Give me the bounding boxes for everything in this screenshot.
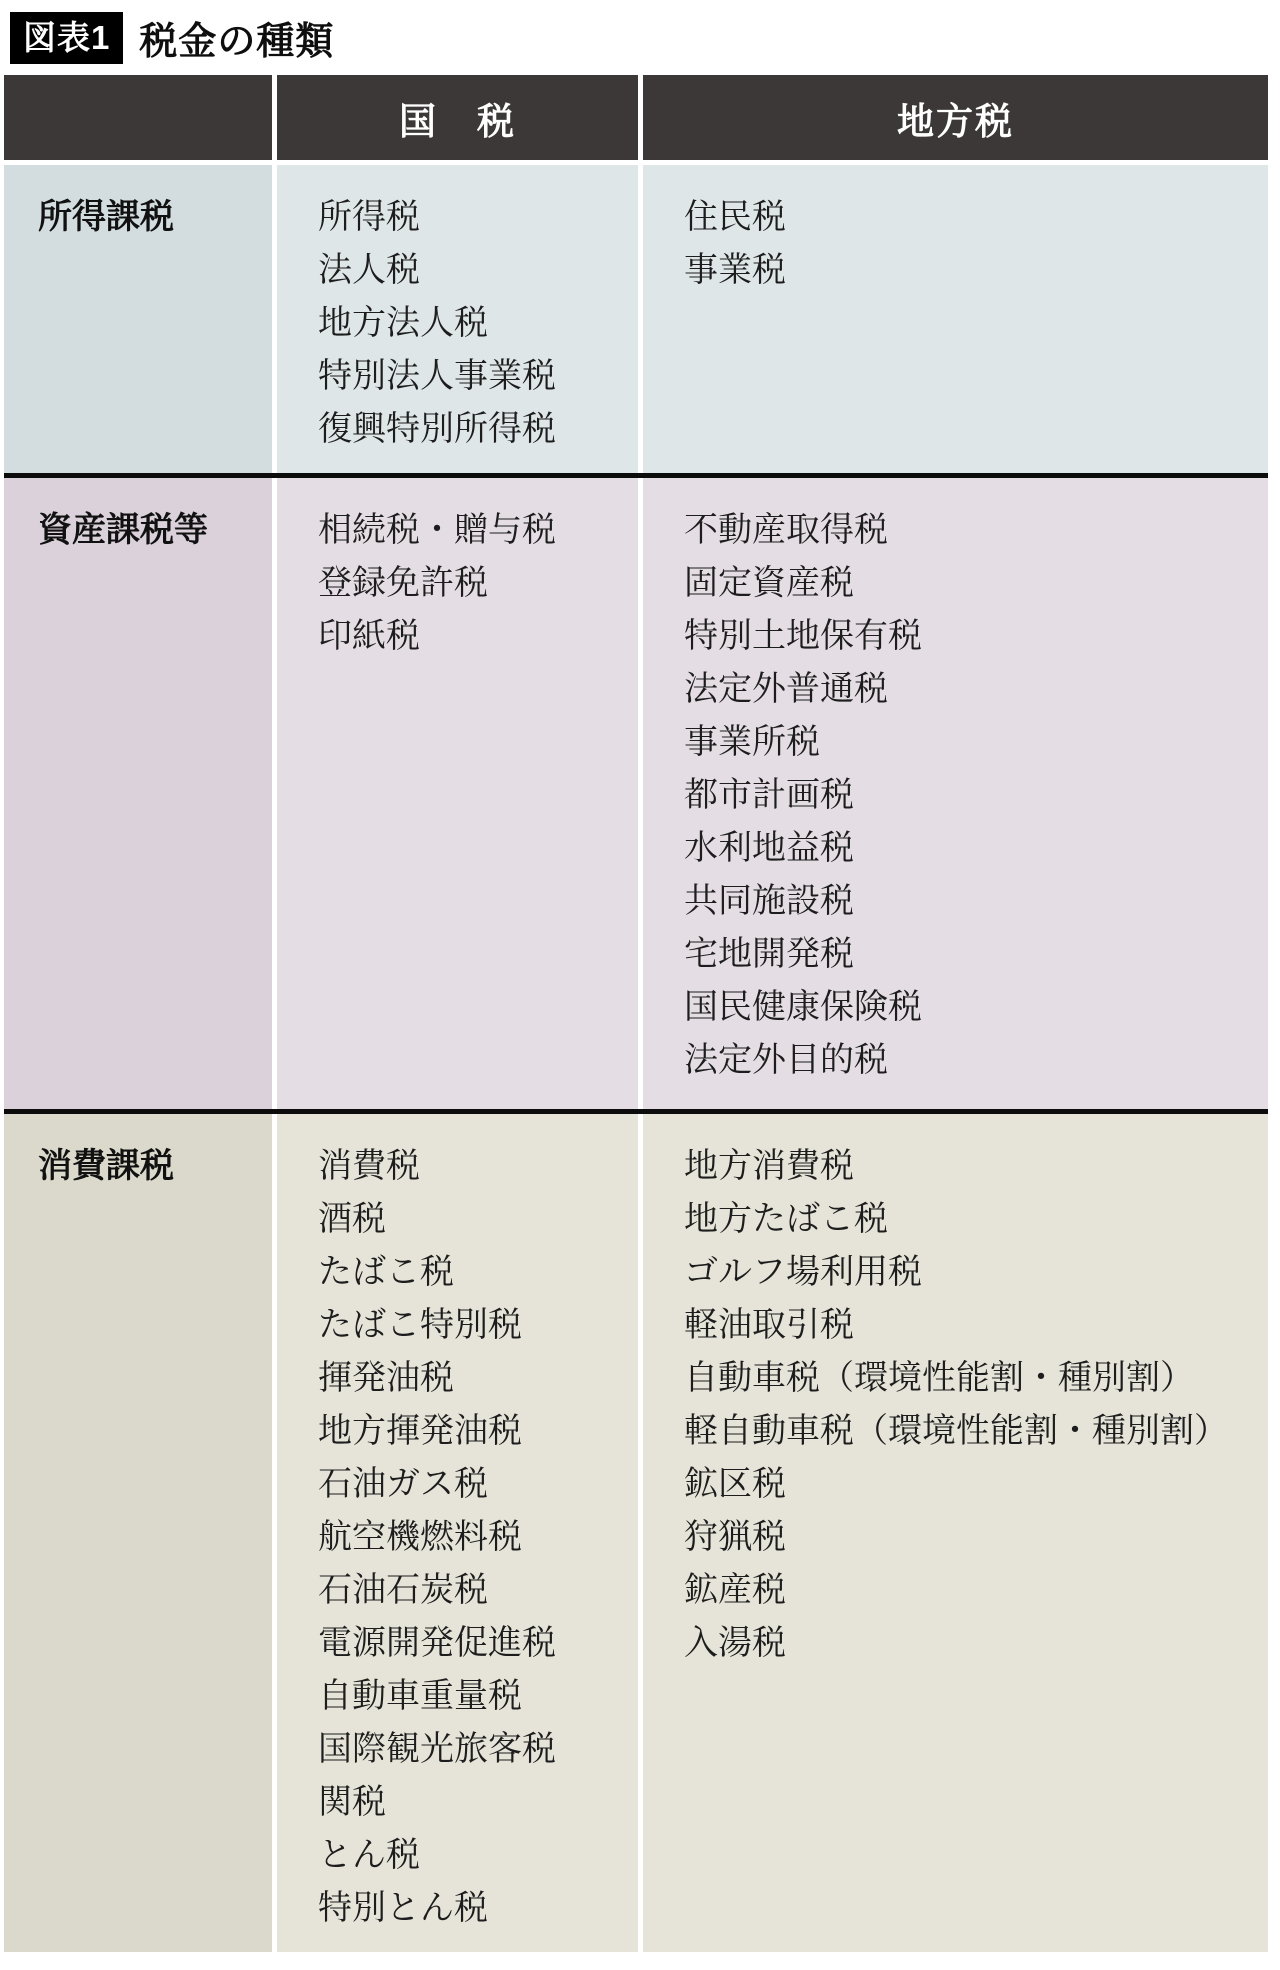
header-cell-local: 地方税: [643, 75, 1268, 160]
tax-item: 特別土地保有税: [684, 610, 1268, 663]
local-tax-list-asset: 不動産取得税固定資産税特別土地保有税法定外普通税事業所税都市計画税水利地益税共同…: [643, 478, 1268, 1109]
figure-title: 税金の種類: [139, 10, 334, 65]
tax-item: 法定外普通税: [684, 663, 1268, 716]
tax-item: 事業所税: [684, 716, 1268, 769]
tax-item: 住民税: [684, 191, 1268, 244]
tax-item: 入湯税: [684, 1617, 1268, 1670]
tax-item: 所得税: [318, 191, 638, 244]
tax-item: とん税: [318, 1829, 638, 1882]
tax-item: たばこ特別税: [318, 1299, 638, 1352]
tax-item: 酒税: [318, 1193, 638, 1246]
table-header-row: 国 税 地方税: [4, 75, 1268, 160]
tax-item: 共同施設税: [684, 875, 1268, 928]
tax-item: 自動車税（環境性能割・種別割）: [684, 1352, 1268, 1405]
tax-item: 法定外目的税: [684, 1034, 1268, 1087]
tax-item: 揮発油税: [318, 1352, 638, 1405]
tax-item: 鉱区税: [684, 1458, 1268, 1511]
tax-item: 自動車重量税: [318, 1670, 638, 1723]
tax-item: 登録免許税: [318, 557, 638, 610]
tax-item: 消費税: [318, 1140, 638, 1193]
tax-item: 相続税・贈与税: [318, 504, 638, 557]
tax-item: 石油石炭税: [318, 1564, 638, 1617]
national-tax-list-asset: 相続税・贈与税登録免許税印紙税: [277, 478, 638, 1109]
tax-item: 関税: [318, 1776, 638, 1829]
row-income-taxation: 所得課税 所得税法人税地方法人税特別法人事業税復興特別所得税 住民税事業税: [4, 165, 1268, 473]
figure-page: 図表1 税金の種類 国 税 地方税 所得課税 所得税法人税地方法人税特別法人事業…: [0, 0, 1280, 1970]
tax-item: 地方たばこ税: [684, 1193, 1268, 1246]
tax-item: 石油ガス税: [318, 1458, 638, 1511]
tax-item: 復興特別所得税: [318, 403, 638, 456]
tax-item: 不動産取得税: [684, 504, 1268, 557]
figure-title-row: 図表1 税金の種類: [0, 0, 1280, 75]
category-cell-income: 所得課税: [4, 165, 272, 473]
tax-item: 狩猟税: [684, 1511, 1268, 1564]
tax-item: 地方消費税: [684, 1140, 1268, 1193]
local-tax-list-income: 住民税事業税: [643, 165, 1268, 473]
tax-item: たばこ税: [318, 1246, 638, 1299]
tax-item: 電源開発促進税: [318, 1617, 638, 1670]
figure-badge: 図表1: [10, 12, 123, 64]
category-cell-consumption: 消費課税: [4, 1114, 272, 1952]
row-asset-taxation: 資産課税等 相続税・贈与税登録免許税印紙税 不動産取得税固定資産税特別土地保有税…: [4, 478, 1268, 1109]
tax-item: 軽自動車税（環境性能割・種別割）: [684, 1405, 1268, 1458]
tax-item: ゴルフ場利用税: [684, 1246, 1268, 1299]
local-tax-list-consumption: 地方消費税地方たばこ税ゴルフ場利用税軽油取引税自動車税（環境性能割・種別割）軽自…: [643, 1114, 1268, 1952]
tax-item: 水利地益税: [684, 822, 1268, 875]
tax-item: 都市計画税: [684, 769, 1268, 822]
header-cell-national: 国 税: [277, 75, 638, 160]
tax-table: 国 税 地方税 所得課税 所得税法人税地方法人税特別法人事業税復興特別所得税 住…: [4, 75, 1268, 1952]
row-consumption-taxation: 消費課税 消費税酒税たばこ税たばこ特別税揮発油税地方揮発油税石油ガス税航空機燃料…: [4, 1114, 1268, 1952]
tax-item: 地方揮発油税: [318, 1405, 638, 1458]
tax-item: 軽油取引税: [684, 1299, 1268, 1352]
header-cell-empty: [4, 75, 272, 160]
tax-item: 固定資産税: [684, 557, 1268, 610]
national-tax-list-income: 所得税法人税地方法人税特別法人事業税復興特別所得税: [277, 165, 638, 473]
tax-item: 特別とん税: [318, 1882, 638, 1935]
tax-item: 航空機燃料税: [318, 1511, 638, 1564]
tax-item: 国際観光旅客税: [318, 1723, 638, 1776]
tax-item: 宅地開発税: [684, 928, 1268, 981]
tax-item: 特別法人事業税: [318, 350, 638, 403]
tax-item: 地方法人税: [318, 297, 638, 350]
tax-item: 法人税: [318, 244, 638, 297]
tax-item: 鉱産税: [684, 1564, 1268, 1617]
tax-item: 印紙税: [318, 610, 638, 663]
tax-item: 国民健康保険税: [684, 981, 1268, 1034]
tax-item: 事業税: [684, 244, 1268, 297]
category-cell-asset: 資産課税等: [4, 478, 272, 1109]
national-tax-list-consumption: 消費税酒税たばこ税たばこ特別税揮発油税地方揮発油税石油ガス税航空機燃料税石油石炭…: [277, 1114, 638, 1952]
